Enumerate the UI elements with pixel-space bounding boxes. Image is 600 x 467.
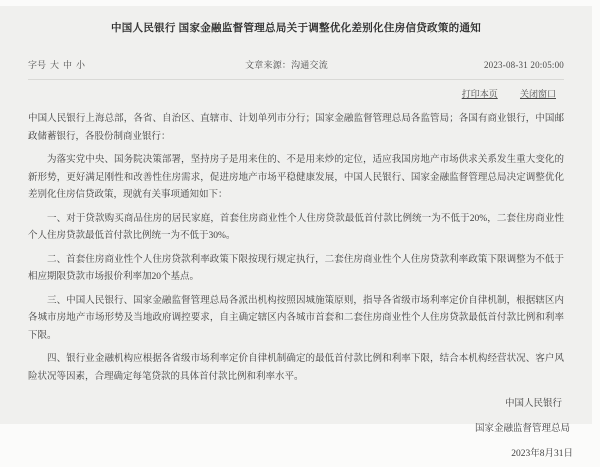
item-3-paragraph: 三、中国人民银行、国家金融监督管理总局各派出机构按照因城施策原则，指导各省级市场…: [28, 293, 564, 346]
signer-pboc: 中国人民银行: [28, 392, 563, 417]
article-source: 文章来源：沟通交流: [245, 58, 328, 71]
article-source-value: 沟通交流: [291, 60, 328, 70]
intro-paragraph: 为落实党中央、国务院决策部署，坚持房子是用来住的、不是用来炒的定位，适应我国房地…: [28, 152, 564, 205]
font-size-control: 字号大中小: [28, 58, 89, 71]
item-1-paragraph: 一、对于贷款购买商品住房的居民家庭，首套住房商业性个人住房贷款最低首付款比例统一…: [28, 211, 564, 246]
font-size-large-link[interactable]: 大: [50, 60, 59, 70]
font-size-medium-link[interactable]: 中: [63, 60, 72, 70]
font-size-small-link[interactable]: 小: [76, 60, 85, 70]
publish-datetime: 2023-08-31 20:05:00: [484, 60, 564, 70]
article-source-label: 文章来源：: [245, 60, 291, 70]
page-title: 中国人民银行 国家金融监督管理总局关于调整优化差别化住房信贷政策的通知: [28, 20, 564, 35]
print-page-link[interactable]: 打印本页: [462, 89, 498, 99]
page-action-links: 打印本页 关闭窗口: [28, 87, 564, 100]
article-content: 中国人民银行 国家金融监督管理总局关于调整优化差别化住房信贷政策的通知 字号大中…: [0, 6, 592, 424]
signature-block: 中国人民银行 国家金融监督管理总局 2023年8月31日: [28, 392, 564, 424]
salutation-paragraph: 中国人民银行上海总部，各省、自治区、直辖市、计划单列市分行；国家金融监督管理总局…: [28, 111, 564, 146]
item-2-paragraph: 二、首套住房商业性个人住房贷款利率政策下限按现行规定执行，二套住房商业性个人住房…: [28, 252, 564, 287]
article-page: 中国人民银行 国家金融监督管理总局关于调整优化差别化住房信贷政策的通知 字号大中…: [0, 6, 592, 424]
item-4-paragraph: 四、银行业金融机构应根据各省级市场利率定价自律机制确定的最低首付款比例和利率下限…: [28, 351, 564, 386]
close-window-link[interactable]: 关闭窗口: [520, 89, 556, 99]
article-meta-bar: 字号大中小 文章来源：沟通交流 2023-08-31 20:05:00: [28, 58, 564, 80]
article-body: 中国人民银行上海总部，各省、自治区、直辖市、计划单列市分行；国家金融监督管理总局…: [28, 111, 564, 424]
font-size-label: 字号: [28, 60, 46, 70]
signer-nfra: 国家金融监督管理总局: [28, 417, 570, 424]
